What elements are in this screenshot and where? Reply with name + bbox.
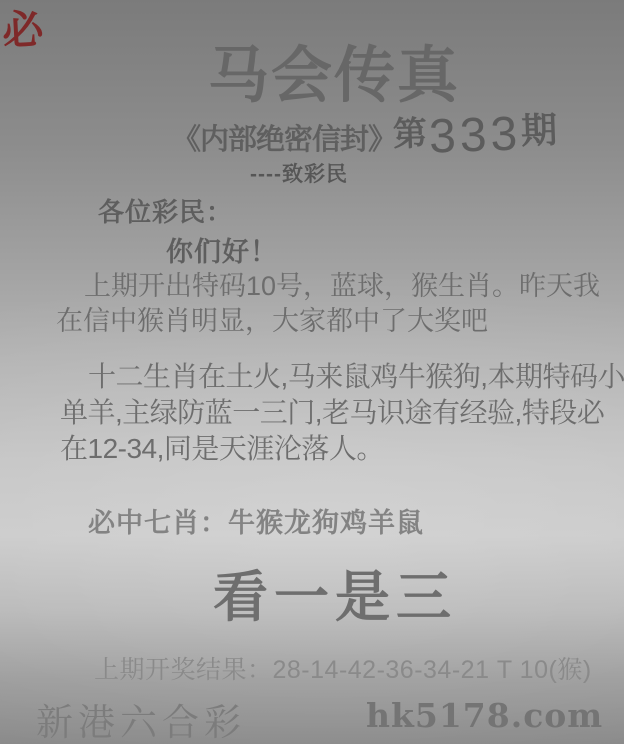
issue-prefix: 第 — [392, 115, 429, 154]
issue-number: 第333期 — [392, 101, 560, 166]
salutation: 各位彩民： — [98, 192, 233, 229]
last-result-line: 上期开奖结果：28-14-42-36-34-21 T 10(猴) — [94, 650, 592, 686]
slogan-text: 看一是三 — [23, 553, 624, 632]
paragraph-last-draw-line1: 上期开出特码10号，蓝球，猴生肖。昨天我 — [56, 269, 600, 304]
fax-poster: 必 马会传真 《内部绝密信封》 第333期 ----致彩民 各位彩民： 你们好！… — [0, 0, 624, 744]
paragraph-last-draw-line2: 在信中猴肖明显，大家都中了大奖吧 — [56, 304, 600, 339]
issue-digits: 333 — [428, 107, 522, 163]
website-url: hk5178.com — [366, 696, 603, 735]
envelope-subtitle: 《内部绝密信封》 — [172, 117, 396, 158]
dedication-line: ----致彩民 — [0, 158, 611, 188]
paragraph-zodiac-tips-line2: 单羊,主绿防蓝一三门,老马识途有经验,特段必 — [60, 395, 624, 431]
issue-suffix: 期 — [520, 109, 559, 151]
seven-zodiac-line: 必中七肖：牛猴龙狗鸡羊鼠 — [88, 501, 424, 540]
brand-name: 新港六合彩 — [36, 692, 246, 744]
paragraph-zodiac-tips: 十二生肖在土火,马来鼠鸡牛猴狗,本期特码小 单羊,主绿防蓝一三门,老马识途有经验… — [60, 359, 624, 467]
greeting: 你们好！ — [166, 230, 278, 269]
paragraph-zodiac-tips-line3: 在12-34,同是天涯沦落人。 — [60, 431, 624, 467]
paragraph-zodiac-tips-line1: 十二生肖在土火,马来鼠鸡牛猴狗,本期特码小 — [60, 359, 624, 395]
paragraph-last-draw: 上期开出特码10号，蓝球，猴生肖。昨天我 在信中猴肖明显，大家都中了大奖吧 — [56, 269, 600, 339]
